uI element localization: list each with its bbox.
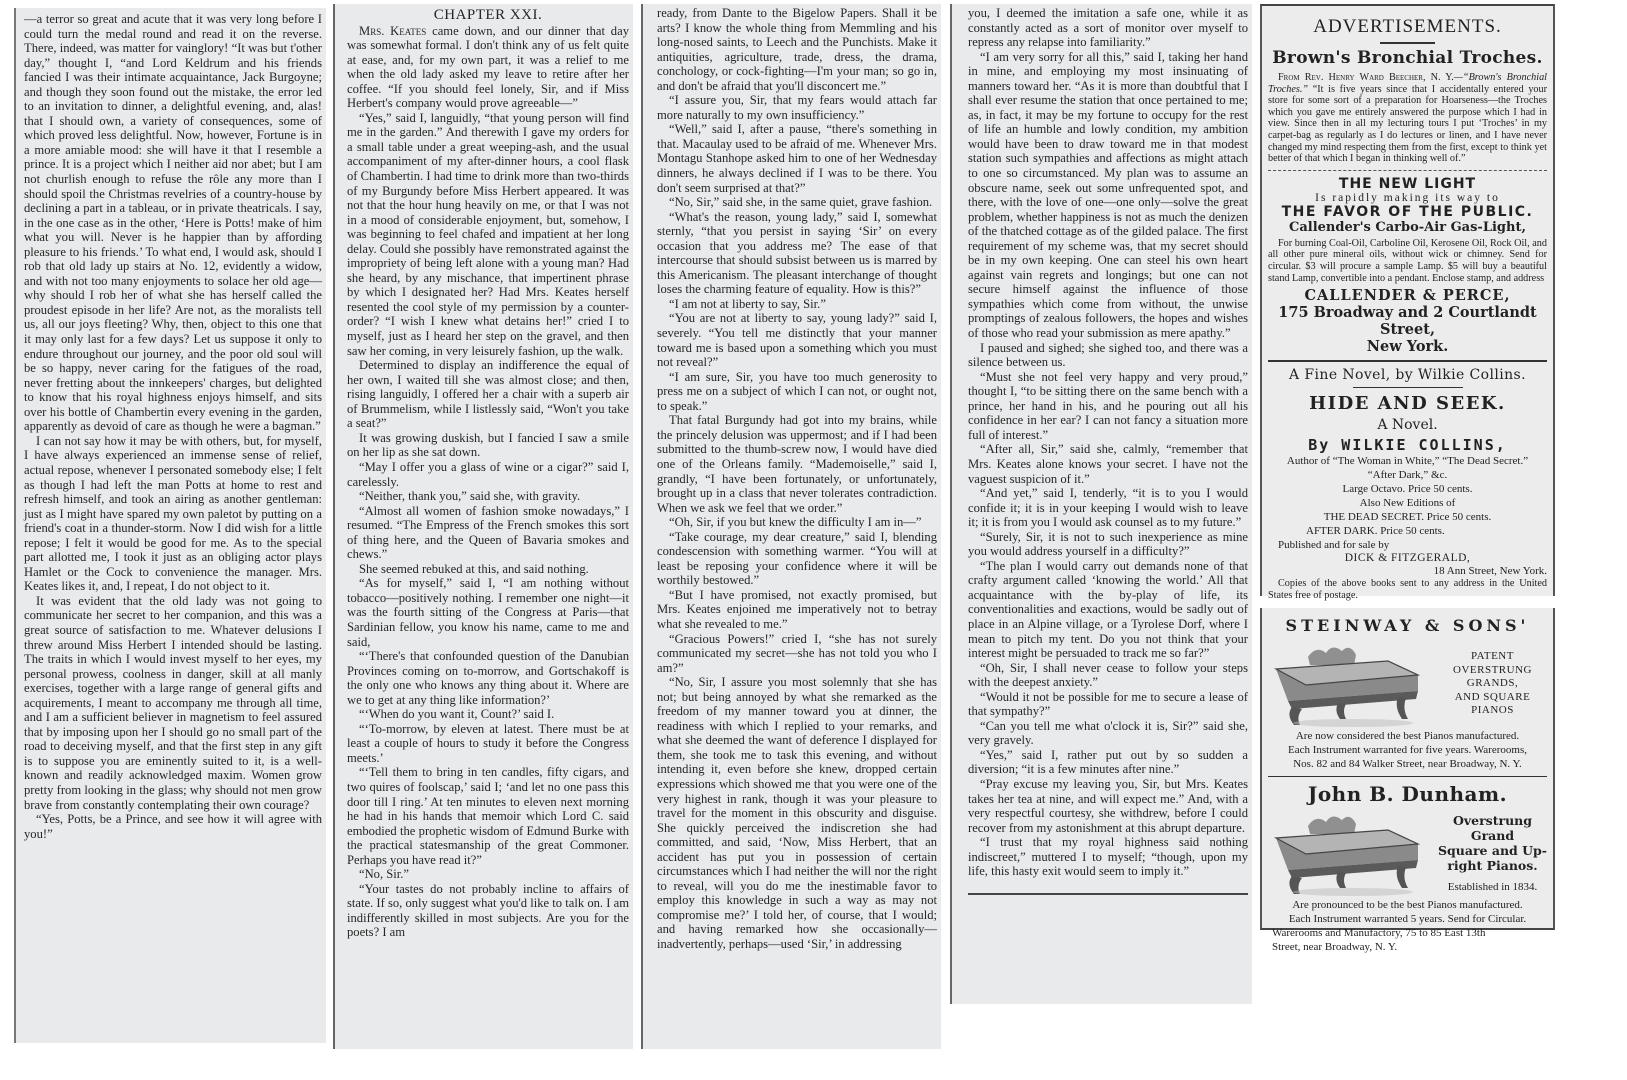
ad-spec: right Pianos. xyxy=(1438,858,1547,873)
paragraph: “Surely, Sir, it is not to such inexperi… xyxy=(968,530,1248,559)
paragraph: “‘When do you want it, Count?’ said I. xyxy=(347,707,629,722)
ad-author-of-2: “After Dark,” &c. xyxy=(1268,468,1547,482)
ad-line: Are pronounced to be the best Pianos man… xyxy=(1268,898,1547,912)
ad-title: HIDE AND SEEK. xyxy=(1268,393,1547,414)
ad-new-light: THE NEW LIGHT Is rapidly making its way … xyxy=(1268,176,1547,355)
paragraph: “After all, Sir,” said she, calmly, “rem… xyxy=(968,442,1248,486)
lead-small-caps: Mrs. Keates xyxy=(359,24,426,38)
article-column-4: you, I deemed the imitation a safe one, … xyxy=(950,4,1252,1004)
paragraph: That fatal Burgundy had got into my brai… xyxy=(657,413,937,515)
paragraph: “Oh, Sir, I shall never cease to follow … xyxy=(968,661,1248,690)
paragraph: I paused and sighed; she sighed too, and… xyxy=(968,341,1248,370)
paragraph: “The plan I would carry out demands none… xyxy=(968,559,1248,661)
ad-hide-and-seek: A Fine Novel, by Wilkie Collins. HIDE AN… xyxy=(1268,367,1547,601)
ad-spec: PATENT xyxy=(1438,650,1547,664)
piano-advertisements-panel: STEINWAY & SONS' PATENT OVERSTRUNG GRAND… xyxy=(1260,608,1555,930)
ad-footer: Copies of the above books sent to any ad… xyxy=(1268,578,1547,601)
ad-line: Are now considered the best Pianos manuf… xyxy=(1268,729,1547,743)
ad-line: Nos. 82 and 84 Walker Street, near Broad… xyxy=(1268,757,1547,771)
ad-browns-troches: Brown's Bronchial Troches. From Rev. Hen… xyxy=(1268,48,1547,165)
paragraph: “I trust that my royal highness said not… xyxy=(968,835,1248,879)
divider xyxy=(1353,387,1463,388)
paragraph: “Pray excuse my leaving you, Sir, but Mr… xyxy=(968,777,1248,835)
ad-text: “It is five years since that I accidenta… xyxy=(1268,84,1547,165)
ad-subtitle: A Novel. xyxy=(1268,417,1547,433)
paragraph: you, I deemed the imitation a safe one, … xyxy=(968,6,1248,50)
ad-format: Large Octavo. Price 50 cents. xyxy=(1268,482,1547,496)
paragraph: “Almost all women of fashion smoke nowad… xyxy=(347,504,629,562)
paragraph: “What's the reason, young lady,” said I,… xyxy=(657,210,937,297)
ad-address: 175 Broadway and 2 Courtlandt Street, xyxy=(1268,304,1547,338)
paragraph: “You are not at liberty to say, young la… xyxy=(657,311,937,369)
ad-steinway: STEINWAY & SONS' PATENT OVERSTRUNG GRAND… xyxy=(1268,616,1547,771)
ad-dunham: John B. Dunham. Overstrung Grand Square … xyxy=(1268,782,1547,954)
paragraph: “I am not at liberty to say, Sir.” xyxy=(657,297,937,312)
paragraph: “Well,” said I, after a pause, “there's … xyxy=(657,122,937,195)
divider xyxy=(1380,42,1435,44)
paragraph: “May I offer you a glass of wine or a ci… xyxy=(347,460,629,489)
ad-publisher-address: 18 Ann Street, New York. xyxy=(1268,564,1547,578)
ad-byline: By WILKIE COLLINS, xyxy=(1268,436,1547,454)
ad-line: Each Instrument warranted for five years… xyxy=(1268,743,1547,757)
paragraph: It was growing duskish, but I fancied I … xyxy=(347,431,629,460)
paragraph: “I assure you, Sir, that my fears would … xyxy=(657,93,937,122)
ad-title: John B. Dunham. xyxy=(1268,782,1547,806)
paragraph: ready, from Dante to the Bigelow Papers.… xyxy=(657,6,937,93)
end-rule-divider xyxy=(968,893,1248,895)
paragraph: “Can you tell me what o'clock it is, Sir… xyxy=(968,719,1248,748)
paragraph: I can not say how it may be with others,… xyxy=(24,434,322,594)
ad-title: Brown's Bronchial Troches. xyxy=(1268,48,1547,68)
ad-title: THE NEW LIGHT xyxy=(1268,176,1547,192)
paragraph: Mrs. Keates came down, and our dinner th… xyxy=(347,24,629,111)
paragraph: “Neither, thank you,” said she, with gra… xyxy=(347,489,629,504)
article-column-3: ready, from Dante to the Bigelow Papers.… xyxy=(641,4,941,1049)
paragraph: She seemed rebuked at this, and said not… xyxy=(347,562,629,577)
paragraph: It was evident that the old lady was not… xyxy=(24,594,322,812)
ad-line: Street, near Broadway, N. Y. xyxy=(1268,940,1547,954)
ad-spec: OVERSTRUNG xyxy=(1438,664,1547,678)
ad-source: From Rev. Henry Ward Beecher, N. Y. xyxy=(1278,72,1454,83)
piano-illustration-icon xyxy=(1268,639,1438,729)
ad-edition: THE DEAD SECRET. Price 50 cents. xyxy=(1268,510,1547,524)
ad-title: STEINWAY & SONS' xyxy=(1268,616,1547,635)
ad-spec: GRANDS, xyxy=(1438,677,1547,691)
paragraph: Determined to display an indifference th… xyxy=(347,358,629,431)
paragraph: “Must she not feel very happy and very p… xyxy=(968,370,1248,443)
divider xyxy=(1268,360,1547,362)
ad-established: Established in 1834. xyxy=(1438,881,1547,893)
advertisements-panel: ADVERTISEMENTS. Brown's Bronchial Troche… xyxy=(1260,4,1555,596)
ad-product: Callender's Carbo-Air Gas-Light, xyxy=(1268,220,1547,235)
ad-line: Each Instrument warranted 5 years. Send … xyxy=(1268,912,1547,926)
ad-body: From Rev. Henry Ward Beecher, N. Y.—“Bro… xyxy=(1268,72,1547,165)
paragraph: “Would it not be possible for me to secu… xyxy=(968,690,1248,719)
ad-edition: AFTER DARK. Price 50 cents. xyxy=(1268,524,1547,538)
ad-headline: THE FAVOR OF THE PUBLIC. xyxy=(1268,204,1547,220)
article-column-1: —a terror so great and acute that it was… xyxy=(14,8,326,1043)
paragraph: “‘Tell them to bring in ten candles, fif… xyxy=(347,765,629,867)
paragraph: “I am sure, Sir, you have too much gener… xyxy=(657,370,937,414)
paragraph: “Yes, Potts, be a Prince, and see how it… xyxy=(24,812,322,841)
paragraph: “‘There's that confounded question of th… xyxy=(347,649,629,707)
divider xyxy=(1268,170,1547,171)
divider xyxy=(1268,776,1547,777)
ad-company: CALLENDER & PERCE, xyxy=(1268,287,1547,304)
ad-subtitle: Is rapidly making its way to xyxy=(1268,192,1547,204)
article-column-2: CHAPTER XXI. Mrs. Keates came down, and … xyxy=(333,4,633,1049)
advertisements-heading: ADVERTISEMENTS. xyxy=(1268,16,1547,38)
paragraph: —a terror so great and acute that it was… xyxy=(24,12,322,434)
piano-illustration-icon xyxy=(1268,808,1438,898)
ad-body: For burning Coal-Oil, Carboline Oil, Ker… xyxy=(1268,238,1547,284)
paragraph: “No, Sir.” xyxy=(347,867,629,882)
ad-also: Also New Editions of xyxy=(1268,496,1547,510)
paragraph: “Oh, Sir, if you but knew the difficulty… xyxy=(657,515,937,530)
ad-spec: PIANOS xyxy=(1438,704,1547,718)
paragraph: “But I have promised, not exactly promis… xyxy=(657,588,937,632)
ad-line: Warerooms and Manufactory, 75 to 85 East… xyxy=(1268,926,1547,940)
paragraph: “No, Sir,” said she, in the same quiet, … xyxy=(657,195,937,210)
paragraph: “Yes,” said I, languidly, “that young pe… xyxy=(347,111,629,358)
paragraph: “Gracious Powers!” cried I, “she has not… xyxy=(657,632,937,676)
ad-intro: A Fine Novel, by Wilkie Collins. xyxy=(1268,367,1547,383)
paragraph: “No, Sir, I assure you most solemnly tha… xyxy=(657,675,937,951)
paragraph: “As for myself,” said I, “I am nothing w… xyxy=(347,576,629,649)
ad-author-of: Author of “The Woman in White,” “The Dea… xyxy=(1268,454,1547,468)
ad-spec: Square and Up- xyxy=(1438,843,1547,858)
ad-city: New York. xyxy=(1268,338,1547,355)
ad-spec: Overstrung Grand xyxy=(1438,813,1547,843)
ad-spec: AND SQUARE xyxy=(1438,691,1547,705)
paragraph: “Take courage, my dear creature,” said I… xyxy=(657,530,937,588)
chapter-heading: CHAPTER XXI. xyxy=(347,8,629,23)
paragraph: “Your tastes do not probably incline to … xyxy=(347,882,629,940)
paragraph: “I am very sorry for all this,” said I, … xyxy=(968,50,1248,341)
ad-published-by: Published and for sale by xyxy=(1268,538,1547,552)
paragraph: “‘To-morrow, by eleven at latest. There … xyxy=(347,722,629,766)
paragraph: “And yet,” said I, tenderly, “it is to y… xyxy=(968,486,1248,530)
paragraph: “Yes,” said I, rather put out by so sudd… xyxy=(968,748,1248,777)
ad-publisher: DICK & FITZGERALD, xyxy=(1268,552,1547,564)
